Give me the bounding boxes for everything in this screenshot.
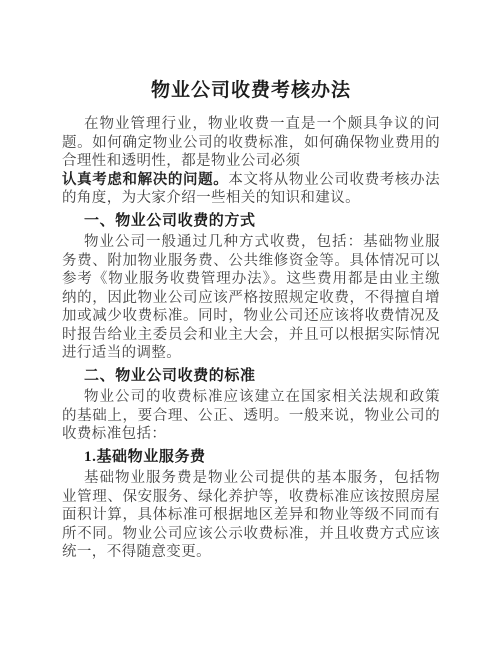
intro-bold-lead: 认真考虑和解决的问题。 (62, 172, 228, 188)
subsection-1-heading: 1.基础物业服务费 (62, 448, 440, 467)
document-page: 物业公司收费考核办法 在物业管理行业，物业收费一直是一个颇具争议的问题。如何确定… (0, 0, 500, 647)
section-2-paragraph: 物业公司的收费标准应该建立在国家相关法规和政策的基础上，要合理、公正、透明。一般… (62, 388, 440, 444)
section-1-paragraph: 物业公司一般通过几种方式收费，包括：基础物业服务费、附加物业服务费、公共维修资金… (62, 233, 440, 363)
document-title: 物业公司收费考核办法 (62, 79, 440, 103)
document-content: 物业公司收费考核办法 在物业管理行业，物业收费一直是一个颇具争议的问题。如何确定… (0, 0, 500, 562)
intro-paragraph-continued: 认真考虑和解决的问题。本文将从物业公司收费考核办法的角度，为大家介绍一些相关的知… (62, 171, 440, 208)
subsection-1-paragraph: 基础物业服务费是物业公司提供的基本服务，包括物业管理、保安服务、绿化养护等，收费… (62, 469, 440, 562)
section-2-heading: 二、物业公司收费的标准 (62, 367, 440, 386)
section-1-heading: 一、物业公司收费的方式 (62, 212, 440, 231)
intro-paragraph: 在物业管理行业，物业收费一直是一个颇具争议的问题。如何确定物业公司的收费标准，如… (62, 115, 440, 171)
